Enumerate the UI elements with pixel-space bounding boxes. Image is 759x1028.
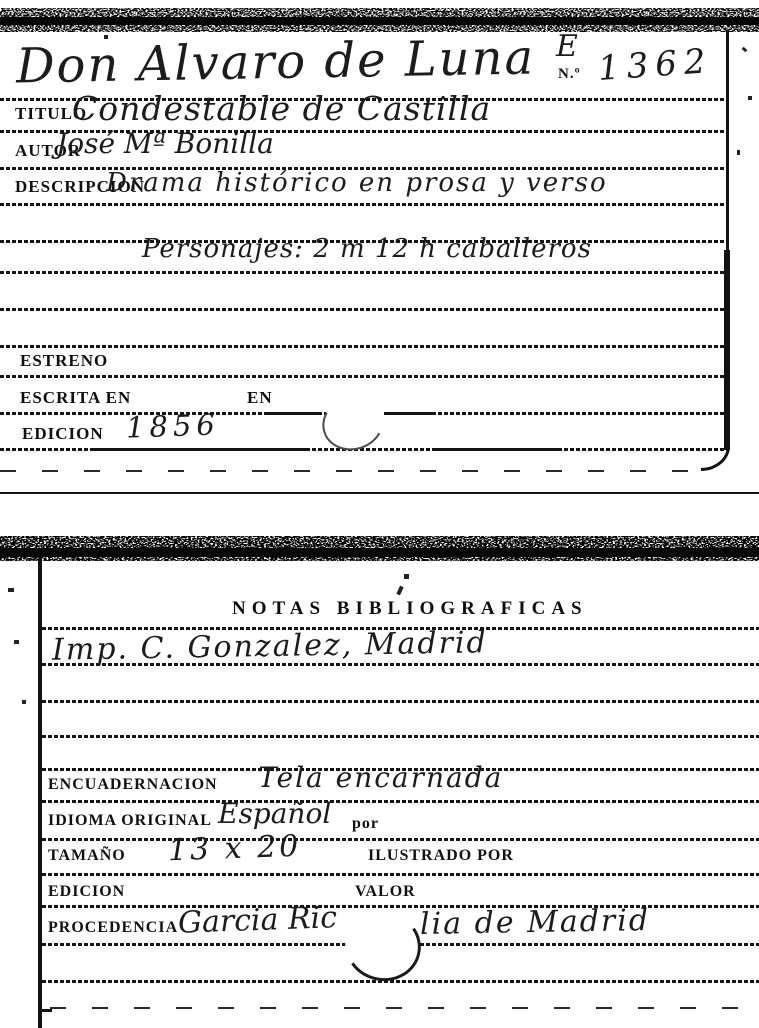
- handwritten-titulo: Condestable de Castilla: [72, 92, 491, 125]
- field-label-tamano: TAMAÑO: [48, 847, 126, 865]
- handwritten-class-letter: E: [556, 32, 578, 62]
- handwritten-descripcion: Drama histórico en prosa y verso: [106, 170, 608, 196]
- torn-edge-top: [0, 8, 759, 32]
- ruled-line: [0, 203, 728, 206]
- field-label-procedencia: PROCEDENCIA: [48, 919, 178, 937]
- field-label-edicion-back: EDICION: [48, 883, 125, 901]
- field-label-encuadernacion: ENCUADERNACION: [48, 776, 218, 794]
- scan-speck: [742, 47, 748, 53]
- ruled-line: [0, 271, 728, 274]
- ruled-line: [42, 873, 759, 876]
- handwritten-imprint: Imp. C. Gonzalez, Madrid: [52, 628, 488, 666]
- handwritten-personajes: Personajes: 2 m 12 h caballeros: [142, 236, 592, 262]
- scan-speck: [748, 96, 752, 100]
- ruled-line: [42, 838, 759, 841]
- ruled-line: [42, 700, 759, 703]
- ruled-line: [0, 308, 728, 311]
- field-label-ilustrado-por: ILUSTRADO POR: [368, 847, 514, 865]
- scan-speck: [14, 640, 19, 644]
- card-right-border-thick: [724, 250, 730, 450]
- handwritten-idioma: Español: [218, 800, 331, 828]
- scan-speck: [22, 700, 26, 704]
- field-label-por: por: [352, 815, 379, 833]
- handwritten-headline: Don Alvaro de Luna: [16, 33, 536, 90]
- handwritten-number: 1362: [597, 44, 714, 86]
- field-label-estreno: ESTRENO: [20, 351, 108, 371]
- handwritten-procedencia-right: lia de Madrid: [420, 906, 651, 940]
- field-label-en: EN: [247, 388, 273, 408]
- handwritten-procedencia-left: Garcia Ric: [178, 903, 338, 939]
- field-label-valor: VALOR: [355, 883, 416, 901]
- scanned-catalog-card-page: TITULO AUTOR DESCRIPCION ESTRENO ESCRITA…: [0, 0, 759, 1028]
- ruled-line: [0, 345, 728, 348]
- notas-bibliograficas-title: NOTAS BIBLIOGRAFICAS: [232, 598, 588, 620]
- handwritten-autor: José Mª Bonilla: [56, 130, 274, 158]
- field-label-edicion: EDICION: [22, 424, 104, 444]
- handwritten-edicion-year: 1856: [126, 410, 221, 442]
- handwritten-encuadernacion: Tela encarnada: [258, 764, 503, 792]
- field-label-escrita-en: ESCRITA EN: [20, 388, 131, 408]
- scan-speck: [737, 150, 740, 155]
- card-bottom-edge: [50, 1007, 759, 1009]
- ruled-line: [42, 735, 759, 738]
- card-corner: [701, 446, 730, 471]
- ruled-line: [42, 905, 759, 908]
- scan-separator-line: [0, 492, 759, 494]
- ruled-line-solid-segment: [432, 448, 560, 451]
- scan-speck: [396, 586, 403, 596]
- ruled-line: [0, 375, 728, 378]
- ruled-line: [42, 800, 759, 803]
- handwritten-tamano: 13 x 20: [168, 832, 302, 867]
- punched-hole: [339, 904, 428, 988]
- scan-speck: [404, 574, 409, 579]
- scan-speck: [8, 588, 14, 592]
- card-bottom-edge: [0, 470, 706, 472]
- ruled-line-solid-segment: [386, 412, 434, 415]
- ruled-line-solid-segment: [267, 412, 319, 415]
- field-label-idioma-original: IDIOMA ORIGINAL: [48, 812, 212, 830]
- ruled-line-solid-segment: [90, 448, 308, 451]
- scan-speck: [104, 35, 108, 39]
- ruled-line: [42, 980, 759, 983]
- number-label: N.º: [558, 66, 581, 83]
- torn-edge-bottom-card: [0, 536, 759, 561]
- card-corner: [38, 999, 52, 1012]
